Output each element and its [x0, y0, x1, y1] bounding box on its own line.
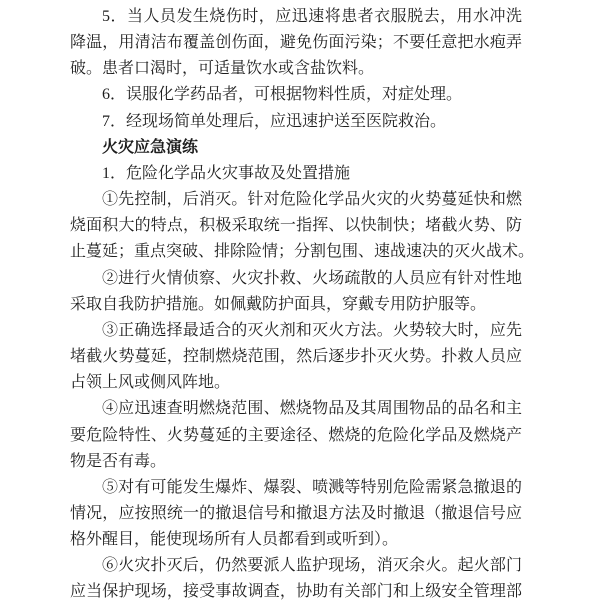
document-page: 5．当人员发生烧伤时，应迅速将患者衣服脱去，用水冲洗 降温，用清洁布覆盖创伤面，… — [0, 0, 592, 602]
text-line: ⑤对有可能发生爆炸、爆裂、喷溅等特别危险需紧急撤退的 — [70, 475, 522, 501]
text-line: 6．误服化学药品者，可根据物料性质，对症处理。 — [70, 82, 522, 108]
text-line: 破。患者口渴时，可适量饮水或含盐饮料。 — [70, 56, 522, 82]
text-line: 要危险特性、火势蔓延的主要途径、燃烧的危险化学品及燃烧产 — [70, 423, 522, 449]
section-heading: 火灾应急演练 — [70, 135, 522, 161]
text-line: 降温，用清洁布覆盖创伤面，避免伤面污染；不要任意把水疱弄 — [70, 30, 522, 56]
text-line: 占领上风或侧风阵地。 — [70, 370, 522, 396]
text-line: ②进行火情侦察、火灾扑救、火场疏散的人员应有针对性地 — [70, 266, 522, 292]
text-line: 7．经现场简单处理后，应迅速护送至医院救治。 — [70, 109, 522, 135]
text-line: 止蔓延；重点突破、排除险情；分割包围、速战速决的灭火战术。 — [70, 239, 522, 265]
text-line: 格外醒目，能使现场所有人员都看到或听到）。 — [70, 527, 522, 553]
text-line: ⑥火灾扑灭后，仍然要派人监护现场，消灭余火。起火部门 — [70, 553, 522, 579]
text-line: 烧面积大的特点，积极采取统一指挥、以快制快；堵截火势、防 — [70, 213, 522, 239]
text-line: 采取自我防护措施。如佩戴防护面具，穿戴专用防护服等。 — [70, 292, 522, 318]
text-line: ④应迅速查明燃烧范围、燃烧物品及其周围物品的品名和主 — [70, 396, 522, 422]
text-line: ③正确选择最适合的灭火剂和灭火方法。火势较大时，应先 — [70, 318, 522, 344]
text-line: 5．当人员发生烧伤时，应迅速将患者衣服脱去，用水冲洗 — [70, 4, 522, 30]
text-line: 情况，应按照统一的撤退信号和撤退方法及时撤退（撤退信号应 — [70, 501, 522, 527]
document-body: 5．当人员发生烧伤时，应迅速将患者衣服脱去，用水冲洗 降温，用清洁布覆盖创伤面，… — [70, 4, 522, 602]
text-line: 应当保护现场，接受事故调查，协助有关部门和上级安全管理部 — [70, 579, 522, 602]
text-line: ①先控制，后消灭。针对危险化学品火灾的火势蔓延快和燃 — [70, 187, 522, 213]
text-line: 物是否有毒。 — [70, 449, 522, 475]
text-line: 1．危险化学品火灾事故及处置措施 — [70, 161, 522, 187]
text-line: 堵截火势蔓延，控制燃烧范围，然后逐步扑灭火势。扑救人员应 — [70, 344, 522, 370]
